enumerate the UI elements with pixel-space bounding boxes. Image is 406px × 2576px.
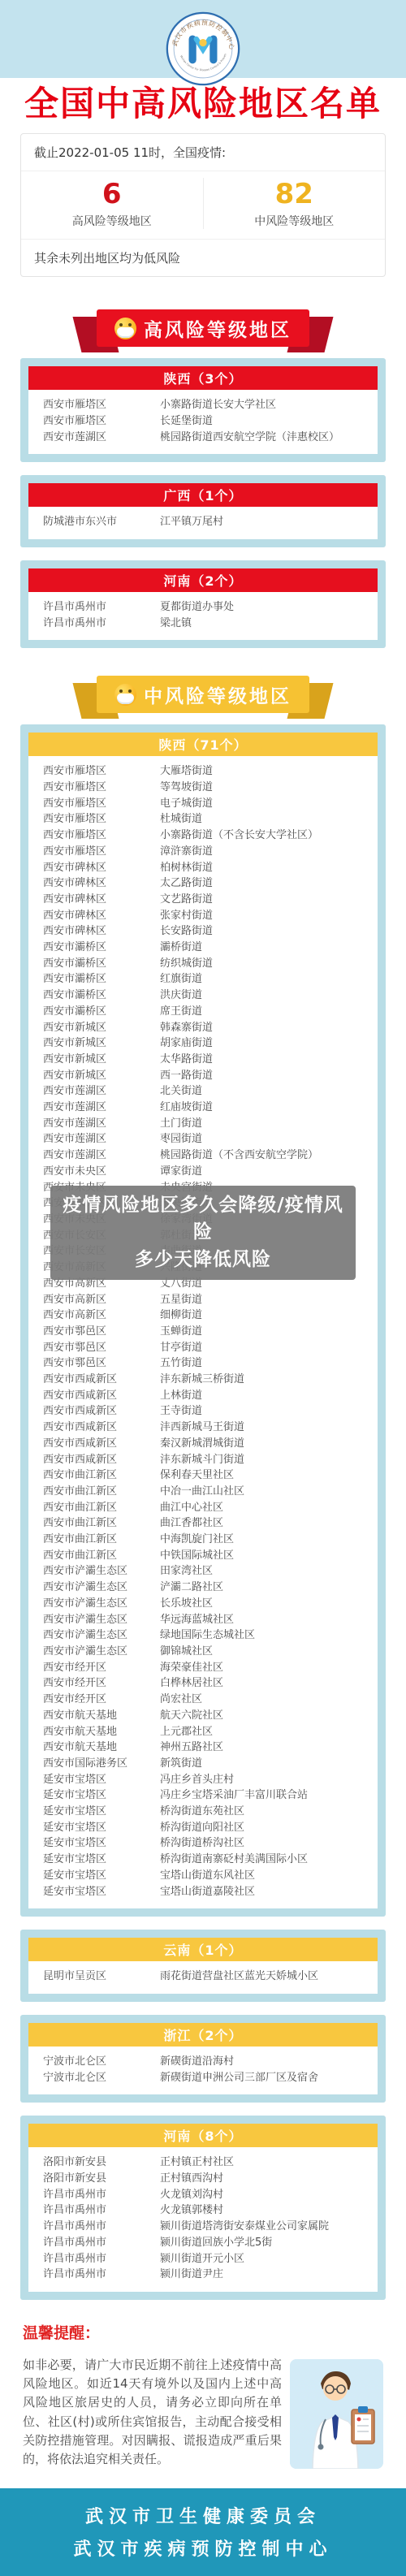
area-row: 延安市宝塔区 桥沟街道东苑社区 bbox=[28, 1804, 378, 1820]
place-cell: 宝塔山街道嘉陵社区 bbox=[160, 1884, 378, 1900]
place-cell: 桥沟街道东苑社区 bbox=[160, 1804, 378, 1820]
area-row: 延安市宝塔区 桥沟街道向阳社区 bbox=[28, 1820, 378, 1836]
section-panel: 云南（1个） 昆明市呈贡区 雨花街道营盘社区蓝光天娇城小区 bbox=[28, 1938, 378, 1994]
place-cell: 沣东新城斗门街道 bbox=[160, 1452, 378, 1468]
high-risk-section-guangxi: 广西（1个） 防城港市东兴市 江平镇万尾村 bbox=[20, 475, 386, 547]
area-row: 西安市雁塔区 小寨路街道长安大学社区 bbox=[28, 397, 378, 413]
place-cell: 颍川街道回族小学北5街 bbox=[160, 2235, 378, 2251]
area-row: 许昌市禹州市 颍川街道尹庄 bbox=[28, 2267, 378, 2283]
area-row: 西安市雁塔区 杜城街道 bbox=[28, 811, 378, 828]
district-cell: 西安市碑林区 bbox=[28, 860, 160, 876]
district-cell: 洛阳市新安县 bbox=[28, 2171, 160, 2187]
area-row: 西安市鄠邑区 五竹街道 bbox=[28, 1355, 378, 1372]
place-cell: 枣园街道 bbox=[160, 1131, 378, 1148]
mask-face-icon bbox=[114, 684, 136, 706]
district-cell: 西安市新城区 bbox=[28, 1020, 160, 1036]
area-row: 西安市灞桥区 红旗街道 bbox=[28, 971, 378, 988]
cdc-logo: 武汉市疾病预防控制中心 Wuhan Center For Disease Con… bbox=[166, 11, 240, 86]
place-cell: 航天六院社区 bbox=[160, 1708, 378, 1724]
area-row: 西安市新城区 韩森寨街道 bbox=[28, 1020, 378, 1036]
area-rows: 西安市雁塔区 大雁塔街道 西安市雁塔区 等驾坡街道 西安市雁塔区 电子城街道 bbox=[28, 756, 378, 1908]
district-cell: 防城港市东兴市 bbox=[28, 514, 160, 530]
place-cell: 浐灞二路社区 bbox=[160, 1580, 378, 1596]
place-cell: 桥沟街道桥沟社区 bbox=[160, 1835, 378, 1852]
place-cell: 海荣豪佳社区 bbox=[160, 1660, 378, 1676]
district-cell: 西安市西咸新区 bbox=[28, 1420, 160, 1436]
area-row: 西安市鄠邑区 玉蝉街道 bbox=[28, 1324, 378, 1340]
watermark-line-2: 多少天降低风险 bbox=[54, 1247, 352, 1273]
place-cell: 桥沟街道向阳社区 bbox=[160, 1820, 378, 1836]
district-cell: 西安市鄠邑区 bbox=[28, 1324, 160, 1340]
district-cell: 西安市曲江新区 bbox=[28, 1532, 160, 1548]
area-row: 西安市高新区 细柳街道 bbox=[28, 1307, 378, 1324]
medium-risk-section-zhejiang: 浙江（2个） 宁波市北仑区 新碶街道沿海村 宁波市北仑区 新碶街道申洲公司三部厂… bbox=[20, 2015, 386, 2103]
area-rows: 许昌市禹州市 夏都街道办事处 许昌市禹州市 梁北镇 bbox=[28, 592, 378, 640]
watermark-line-1: 疫情风险地区多久会降级/疫情风险 bbox=[54, 1192, 352, 1247]
place-cell: 张家村街道 bbox=[160, 908, 378, 924]
place-cell: 尚宏社区 bbox=[160, 1692, 378, 1708]
place-cell: 江平镇万尾村 bbox=[160, 514, 378, 530]
mask-face-icon bbox=[114, 318, 136, 339]
place-cell: 新碶街道申洲公司三部厂区及宿舍 bbox=[160, 2070, 378, 2086]
area-row: 防城港市东兴市 江平镇万尾村 bbox=[28, 514, 378, 530]
district-cell: 西安市航天基地 bbox=[28, 1740, 160, 1756]
place-cell: 西一路街道 bbox=[160, 1068, 378, 1084]
area-row: 西安市碑林区 柏树林街道 bbox=[28, 860, 378, 876]
district-cell: 西安市莲湖区 bbox=[28, 1083, 160, 1100]
area-rows: 洛阳市新安县 正村镇正村社区 洛阳市新安县 正村镇西沟村 许昌市禹州市 火龙镇刘… bbox=[28, 2147, 378, 2292]
place-cell: 五星街道 bbox=[160, 1292, 378, 1308]
place-cell: 土门街道 bbox=[160, 1116, 378, 1132]
place-cell: 细柳街道 bbox=[160, 1307, 378, 1324]
area-row: 洛阳市新安县 正村镇正村社区 bbox=[28, 2155, 378, 2171]
place-cell: 田家湾社区 bbox=[160, 1563, 378, 1580]
place-cell: 桃园路街道西安航空学院（沣惠校区） bbox=[160, 430, 378, 446]
district-cell: 西安市西咸新区 bbox=[28, 1403, 160, 1420]
section-panel: 河南（8个） 洛阳市新安县 正村镇正村社区 洛阳市新安县 正村镇西沟村 许昌市禹… bbox=[28, 2124, 378, 2292]
place-cell: 火龙镇刘沟村 bbox=[160, 2187, 378, 2203]
district-cell: 延安市宝塔区 bbox=[28, 1852, 160, 1868]
place-cell: 席王街道 bbox=[160, 1004, 378, 1020]
place-cell: 灞桥街道 bbox=[160, 940, 378, 956]
district-cell: 西安市经开区 bbox=[28, 1660, 160, 1676]
area-row: 西安市未央区 谭家街道 bbox=[28, 1164, 378, 1180]
district-cell: 昆明市呈贡区 bbox=[28, 1969, 160, 1985]
district-cell: 西安市碑林区 bbox=[28, 892, 160, 908]
district-cell: 西安市曲江新区 bbox=[28, 1484, 160, 1500]
place-cell: 漳浒寨街道 bbox=[160, 844, 378, 860]
place-cell: 北关街道 bbox=[160, 1083, 378, 1100]
place-cell: 宝塔山街道东风社区 bbox=[160, 1868, 378, 1884]
district-cell: 西安市新城区 bbox=[28, 1035, 160, 1052]
district-cell: 宁波市北仑区 bbox=[28, 2054, 160, 2070]
place-cell: 王寺街道 bbox=[160, 1403, 378, 1420]
place-cell: 长安路街道 bbox=[160, 923, 378, 940]
area-row: 西安市航天基地 航天六院社区 bbox=[28, 1708, 378, 1724]
area-row: 许昌市禹州市 颍川街道塔湾街安泰煤业公司家属院 bbox=[28, 2219, 378, 2235]
place-cell: 文艺路街道 bbox=[160, 892, 378, 908]
section-panel: 陕西（3个） 西安市雁塔区 小寨路街道长安大学社区 西安市雁塔区 长延堡街道 西… bbox=[28, 366, 378, 454]
area-rows: 昆明市呈贡区 雨花街道营盘社区蓝光天娇城小区 bbox=[28, 1961, 378, 1994]
area-row: 许昌市禹州市 火龙镇郭楼村 bbox=[28, 2202, 378, 2219]
high-risk-banner-text: 高风险等级地区 bbox=[144, 315, 292, 342]
area-row: 西安市碑林区 太乙路街道 bbox=[28, 875, 378, 892]
place-cell: 电子城街道 bbox=[160, 796, 378, 812]
district-cell: 西安市高新区 bbox=[28, 1307, 160, 1324]
district-cell: 西安市碑林区 bbox=[28, 908, 160, 924]
district-cell: 西安市雁塔区 bbox=[28, 844, 160, 860]
place-cell: 冯庄乡首头庄村 bbox=[160, 1772, 378, 1788]
epidemic-stats-card: 截止2022-01-05 11时，全国疫情: 6 高风险等级地区 82 中风险等… bbox=[20, 133, 386, 277]
place-cell: 太乙路街道 bbox=[160, 875, 378, 892]
area-rows: 西安市雁塔区 小寨路街道长安大学社区 西安市雁塔区 长延堡街道 西安市莲湖区 桃… bbox=[28, 390, 378, 454]
district-cell: 西安市西咸新区 bbox=[28, 1372, 160, 1388]
district-cell: 许昌市禹州市 bbox=[28, 2202, 160, 2219]
district-cell: 西安市莲湖区 bbox=[28, 430, 160, 446]
area-row: 西安市鄠邑区 甘亭街道 bbox=[28, 1340, 378, 1356]
district-cell: 西安市碑林区 bbox=[28, 875, 160, 892]
district-cell: 许昌市禹州市 bbox=[28, 616, 160, 632]
area-row: 宁波市北仑区 新碶街道申洲公司三部厂区及宿舍 bbox=[28, 2070, 378, 2086]
area-row: 延安市宝塔区 冯庄乡首头庄村 bbox=[28, 1772, 378, 1788]
district-cell: 西安市雁塔区 bbox=[28, 811, 160, 828]
area-rows: 宁波市北仑区 新碶街道沿海村 宁波市北仑区 新碶街道申洲公司三部厂区及宿舍 bbox=[28, 2047, 378, 2094]
medium-risk-label: 中风险等级地区 bbox=[204, 213, 386, 229]
place-cell: 绿地国际生态城社区 bbox=[160, 1627, 378, 1644]
area-row: 西安市碑林区 长安路街道 bbox=[28, 923, 378, 940]
place-cell: 胡家庙街道 bbox=[160, 1035, 378, 1052]
area-row: 西安市莲湖区 枣园街道 bbox=[28, 1131, 378, 1148]
area-row: 西安市莲湖区 红庙坡街道 bbox=[28, 1100, 378, 1116]
area-row: 西安市新城区 西一路街道 bbox=[28, 1068, 378, 1084]
district-cell: 许昌市禹州市 bbox=[28, 2235, 160, 2251]
place-cell: 颍川街道塔湾街安泰煤业公司家属院 bbox=[160, 2219, 378, 2235]
place-cell: 冯庄乡宝塔采油厂丰富川联合站 bbox=[160, 1787, 378, 1804]
place-cell: 桃园路街道（不含西安航空学院） bbox=[160, 1148, 378, 1164]
place-cell: 曲江中心社区 bbox=[160, 1500, 378, 1516]
area-row: 西安市经开区 尚宏社区 bbox=[28, 1692, 378, 1708]
province-header: 河南（2个） bbox=[28, 568, 378, 592]
place-cell: 颍川街道尹庄 bbox=[160, 2267, 378, 2283]
district-cell: 西安市雁塔区 bbox=[28, 763, 160, 780]
doctor-illustration bbox=[290, 2359, 383, 2469]
district-cell: 西安市西咸新区 bbox=[28, 1436, 160, 1452]
district-cell: 西安市雁塔区 bbox=[28, 828, 160, 844]
area-row: 西安市国际港务区 新筑街道 bbox=[28, 1756, 378, 1772]
area-row: 西安市西咸新区 上林街道 bbox=[28, 1388, 378, 1404]
district-cell: 许昌市禹州市 bbox=[28, 599, 160, 616]
place-cell: 雨花街道营盘社区蓝光天娇城小区 bbox=[160, 1969, 378, 1985]
area-row: 许昌市禹州市 颍川街道开元小区 bbox=[28, 2251, 378, 2267]
area-row: 洛阳市新安县 正村镇西沟村 bbox=[28, 2171, 378, 2187]
area-row: 西安市浐灞生态区 华远海蓝城社区 bbox=[28, 1612, 378, 1628]
district-cell: 西安市未央区 bbox=[28, 1164, 160, 1180]
stats-footnote: 其余未列出地区均为低风险 bbox=[21, 239, 385, 276]
place-cell: 太华路街道 bbox=[160, 1052, 378, 1068]
doctor-icon bbox=[290, 2359, 383, 2469]
district-cell: 西安市西咸新区 bbox=[28, 1388, 160, 1404]
district-cell: 西安市浐灞生态区 bbox=[28, 1612, 160, 1628]
district-cell: 延安市宝塔区 bbox=[28, 1787, 160, 1804]
medium-risk-count: 82 bbox=[204, 178, 386, 211]
place-cell: 沣东新城三桥街道 bbox=[160, 1372, 378, 1388]
area-row: 西安市莲湖区 北关街道 bbox=[28, 1083, 378, 1100]
district-cell: 西安市莲湖区 bbox=[28, 1131, 160, 1148]
district-cell: 西安市灞桥区 bbox=[28, 956, 160, 972]
place-cell: 纺织城街道 bbox=[160, 956, 378, 972]
high-risk-count: 6 bbox=[21, 178, 203, 211]
footer-band: 武汉市卫生健康委员会 武汉市疾病预防控制中心 bbox=[0, 2488, 406, 2576]
high-risk-label: 高风险等级地区 bbox=[21, 213, 203, 229]
high-risk-section-henan: 河南（2个） 许昌市禹州市 夏都街道办事处 许昌市禹州市 梁北镇 bbox=[20, 560, 386, 648]
area-row: 西安市新城区 胡家庙街道 bbox=[28, 1035, 378, 1052]
district-cell: 许昌市禹州市 bbox=[28, 2219, 160, 2235]
place-cell: 保利春天里社区 bbox=[160, 1467, 378, 1484]
area-rows: 防城港市东兴市 江平镇万尾村 bbox=[28, 507, 378, 539]
area-row: 西安市曲江新区 曲江香都社区 bbox=[28, 1515, 378, 1532]
place-cell: 白桦林居社区 bbox=[160, 1675, 378, 1692]
place-cell: 中冶一曲江山社区 bbox=[160, 1484, 378, 1500]
area-row: 西安市高新区 五星街道 bbox=[28, 1292, 378, 1308]
place-cell: 等驾坡街道 bbox=[160, 780, 378, 796]
district-cell: 西安市西咸新区 bbox=[28, 1452, 160, 1468]
area-row: 西安市西咸新区 沣东新城三桥街道 bbox=[28, 1372, 378, 1388]
place-cell: 御锦城社区 bbox=[160, 1644, 378, 1660]
area-row: 延安市宝塔区 宝塔山街道东风社区 bbox=[28, 1868, 378, 1884]
stats-as-of: 截止2022-01-05 11时，全国疫情: bbox=[21, 134, 385, 171]
area-row: 西安市灞桥区 席王街道 bbox=[28, 1004, 378, 1020]
province-header: 广西（1个） bbox=[28, 483, 378, 507]
place-cell: 曲江香都社区 bbox=[160, 1515, 378, 1532]
district-cell: 西安市浐灞生态区 bbox=[28, 1563, 160, 1580]
section-panel: 河南（2个） 许昌市禹州市 夏都街道办事处 许昌市禹州市 梁北镇 bbox=[28, 568, 378, 640]
area-row: 西安市雁塔区 小寨路街道（不含长安大学社区） bbox=[28, 828, 378, 844]
district-cell: 许昌市禹州市 bbox=[28, 2267, 160, 2283]
watermark-overlay: 疫情风险地区多久会降级/疫情风险 多少天降低风险 bbox=[50, 1186, 356, 1280]
area-row: 宁波市北仑区 新碶街道沿海村 bbox=[28, 2054, 378, 2070]
district-cell: 西安市浐灞生态区 bbox=[28, 1627, 160, 1644]
place-cell: 新筑街道 bbox=[160, 1756, 378, 1772]
reminder-block: 温馨提醒： 如非必要，请广大市民近期不 bbox=[23, 2321, 383, 2472]
district-cell: 西安市莲湖区 bbox=[28, 1148, 160, 1164]
district-cell: 西安市新城区 bbox=[28, 1068, 160, 1084]
area-row: 西安市雁塔区 长延堡街道 bbox=[28, 413, 378, 430]
place-cell: 中海凯旋门社区 bbox=[160, 1532, 378, 1548]
area-row: 西安市雁塔区 电子城街道 bbox=[28, 796, 378, 812]
area-row: 西安市曲江新区 中海凯旋门社区 bbox=[28, 1532, 378, 1548]
high-risk-banner: 高风险等级地区 bbox=[97, 309, 309, 347]
district-cell: 延安市宝塔区 bbox=[28, 1868, 160, 1884]
area-row: 西安市浐灞生态区 田家湾社区 bbox=[28, 1563, 378, 1580]
district-cell: 西安市国际港务区 bbox=[28, 1756, 160, 1772]
place-cell: 五竹街道 bbox=[160, 1355, 378, 1372]
area-row: 延安市宝塔区 宝塔山街道嘉陵社区 bbox=[28, 1884, 378, 1900]
area-row: 西安市莲湖区 桃园路街道（不含西安航空学院） bbox=[28, 1148, 378, 1164]
place-cell: 玉蝉街道 bbox=[160, 1324, 378, 1340]
medium-risk-banner: 中风险等级地区 bbox=[97, 676, 309, 713]
district-cell: 洛阳市新安县 bbox=[28, 2155, 160, 2171]
infographic-root: 武汉市疾病预防控制中心 Wuhan Center For Disease Con… bbox=[0, 0, 406, 2576]
district-cell: 延安市宝塔区 bbox=[28, 1804, 160, 1820]
area-row: 西安市西咸新区 沣西新城马王街道 bbox=[28, 1420, 378, 1436]
area-row: 西安市曲江新区 保利春天里社区 bbox=[28, 1467, 378, 1484]
stats-columns: 6 高风险等级地区 82 中风险等级地区 bbox=[21, 171, 385, 239]
area-row: 许昌市禹州市 梁北镇 bbox=[28, 616, 378, 632]
area-row: 西安市经开区 白桦林居社区 bbox=[28, 1675, 378, 1692]
district-cell: 西安市曲江新区 bbox=[28, 1548, 160, 1564]
area-row: 西安市浐灞生态区 御锦城社区 bbox=[28, 1644, 378, 1660]
area-row: 西安市灞桥区 洪庆街道 bbox=[28, 988, 378, 1004]
area-row: 延安市宝塔区 桥沟街道南寨砭村美满国际小区 bbox=[28, 1852, 378, 1868]
district-cell: 西安市雁塔区 bbox=[28, 796, 160, 812]
area-row: 许昌市禹州市 火龙镇刘沟村 bbox=[28, 2187, 378, 2203]
area-row: 西安市碑林区 张家村街道 bbox=[28, 908, 378, 924]
reminder-heading: 温馨提醒： bbox=[23, 2321, 383, 2343]
section-panel: 浙江（2个） 宁波市北仑区 新碶街道沿海村 宁波市北仑区 新碶街道申洲公司三部厂… bbox=[28, 2023, 378, 2094]
district-cell: 西安市曲江新区 bbox=[28, 1467, 160, 1484]
area-row: 西安市浐灞生态区 绿地国际生态城社区 bbox=[28, 1627, 378, 1644]
district-cell: 西安市浐灞生态区 bbox=[28, 1596, 160, 1612]
place-cell: 红旗街道 bbox=[160, 971, 378, 988]
place-cell: 正村镇正村社区 bbox=[160, 2155, 378, 2171]
place-cell: 长延堡街道 bbox=[160, 413, 378, 430]
area-row: 西安市新城区 太华路街道 bbox=[28, 1052, 378, 1068]
place-cell: 新碶街道沿海村 bbox=[160, 2054, 378, 2070]
area-row: 西安市曲江新区 中冶一曲江山社区 bbox=[28, 1484, 378, 1500]
area-row: 西安市莲湖区 桃园路街道西安航空学院（沣惠校区） bbox=[28, 430, 378, 446]
place-cell: 柏树林街道 bbox=[160, 860, 378, 876]
district-cell: 西安市航天基地 bbox=[28, 1708, 160, 1724]
area-row: 西安市浐灞生态区 浐灞二路社区 bbox=[28, 1580, 378, 1596]
section-panel: 广西（1个） 防城港市东兴市 江平镇万尾村 bbox=[28, 483, 378, 539]
district-cell: 西安市新城区 bbox=[28, 1052, 160, 1068]
district-cell: 延安市宝塔区 bbox=[28, 1835, 160, 1852]
province-header: 河南（8个） bbox=[28, 2124, 378, 2147]
medium-risk-section-shaanxi: 陕西（71个） 西安市雁塔区 大雁塔街道 西安市雁塔区 等驾坡街道 西安市雁塔区 bbox=[20, 724, 386, 1917]
place-cell: 秦汉新城渭城街道 bbox=[160, 1436, 378, 1452]
district-cell: 西安市灞桥区 bbox=[28, 1004, 160, 1020]
area-row: 西安市浐灞生态区 长乐坡社区 bbox=[28, 1596, 378, 1612]
area-row: 西安市西咸新区 王寺街道 bbox=[28, 1403, 378, 1420]
area-row: 延安市宝塔区 冯庄乡宝塔采油厂丰富川联合站 bbox=[28, 1787, 378, 1804]
area-row: 西安市雁塔区 大雁塔街道 bbox=[28, 763, 378, 780]
place-cell: 夏都街道办事处 bbox=[160, 599, 378, 616]
area-row: 许昌市禹州市 夏都街道办事处 bbox=[28, 599, 378, 616]
district-cell: 西安市高新区 bbox=[28, 1292, 160, 1308]
place-cell: 神州五路社区 bbox=[160, 1740, 378, 1756]
area-row: 西安市经开区 海荣豪佳社区 bbox=[28, 1660, 378, 1676]
place-cell: 小寨路街道（不含长安大学社区） bbox=[160, 828, 378, 844]
place-cell: 中铁国际城社区 bbox=[160, 1548, 378, 1564]
place-cell: 谭家街道 bbox=[160, 1164, 378, 1180]
district-cell: 西安市鄠邑区 bbox=[28, 1340, 160, 1356]
place-cell: 颍川街道开元小区 bbox=[160, 2251, 378, 2267]
district-cell: 西安市经开区 bbox=[28, 1692, 160, 1708]
medium-risk-section-yunnan: 云南（1个） 昆明市呈贡区 雨花街道营盘社区蓝光天娇城小区 bbox=[20, 1930, 386, 2002]
place-cell: 正村镇西沟村 bbox=[160, 2171, 378, 2187]
district-cell: 西安市曲江新区 bbox=[28, 1515, 160, 1532]
page-title: 全国中高风险地区名单 bbox=[8, 84, 398, 123]
district-cell: 西安市曲江新区 bbox=[28, 1500, 160, 1516]
medium-risk-stat: 82 中风险等级地区 bbox=[204, 178, 386, 229]
area-row: 西安市航天基地 神州五路社区 bbox=[28, 1740, 378, 1756]
area-row: 西安市雁塔区 漳浒寨街道 bbox=[28, 844, 378, 860]
district-cell: 延安市宝塔区 bbox=[28, 1772, 160, 1788]
area-row: 昆明市呈贡区 雨花街道营盘社区蓝光天娇城小区 bbox=[28, 1969, 378, 1985]
district-cell: 西安市雁塔区 bbox=[28, 780, 160, 796]
place-cell: 华远海蓝城社区 bbox=[160, 1612, 378, 1628]
medium-risk-banner-text: 中风险等级地区 bbox=[144, 681, 292, 708]
area-row: 西安市碑林区 文艺路街道 bbox=[28, 892, 378, 908]
province-header: 陕西（3个） bbox=[28, 366, 378, 390]
district-cell: 西安市碑林区 bbox=[28, 923, 160, 940]
place-cell: 大雁塔街道 bbox=[160, 763, 378, 780]
district-cell: 延安市宝塔区 bbox=[28, 1884, 160, 1900]
area-row: 西安市灞桥区 纺织城街道 bbox=[28, 956, 378, 972]
place-cell: 杜城街道 bbox=[160, 811, 378, 828]
area-row: 西安市西咸新区 秦汉新城渭城街道 bbox=[28, 1436, 378, 1452]
province-header: 陕西（71个） bbox=[28, 733, 378, 756]
place-cell: 上元郡社区 bbox=[160, 1724, 378, 1740]
place-cell: 甘亭街道 bbox=[160, 1340, 378, 1356]
area-row: 西安市灞桥区 灞桥街道 bbox=[28, 940, 378, 956]
district-cell: 西安市鄠邑区 bbox=[28, 1355, 160, 1372]
place-cell: 小寨路街道长安大学社区 bbox=[160, 397, 378, 413]
high-risk-stat: 6 高风险等级地区 bbox=[21, 178, 203, 229]
medium-risk-section-henan: 河南（8个） 洛阳市新安县 正村镇正村社区 洛阳市新安县 正村镇西沟村 许昌市禹… bbox=[20, 2116, 386, 2300]
district-cell: 许昌市禹州市 bbox=[28, 2187, 160, 2203]
province-header: 浙江（2个） bbox=[28, 2023, 378, 2047]
district-cell: 西安市雁塔区 bbox=[28, 413, 160, 430]
area-row: 许昌市禹州市 颍川街道回族小学北5街 bbox=[28, 2235, 378, 2251]
area-row: 西安市莲湖区 土门街道 bbox=[28, 1116, 378, 1132]
district-cell: 西安市经开区 bbox=[28, 1675, 160, 1692]
area-row: 西安市航天基地 上元郡社区 bbox=[28, 1724, 378, 1740]
place-cell: 桥沟街道南寨砭村美满国际小区 bbox=[160, 1852, 378, 1868]
place-cell: 洪庆街道 bbox=[160, 988, 378, 1004]
district-cell: 西安市莲湖区 bbox=[28, 1100, 160, 1116]
district-cell: 西安市灞桥区 bbox=[28, 988, 160, 1004]
district-cell: 西安市莲湖区 bbox=[28, 1116, 160, 1132]
high-risk-section-shaanxi: 陕西（3个） 西安市雁塔区 小寨路街道长安大学社区 西安市雁塔区 长延堡街道 西… bbox=[20, 358, 386, 462]
place-cell: 红庙坡街道 bbox=[160, 1100, 378, 1116]
district-cell: 许昌市禹州市 bbox=[28, 2251, 160, 2267]
area-row: 西安市曲江新区 曲江中心社区 bbox=[28, 1500, 378, 1516]
area-row: 西安市曲江新区 中铁国际城社区 bbox=[28, 1548, 378, 1564]
cdc-logo-icon: 武汉市疾病预防控制中心 Wuhan Center For Disease Con… bbox=[166, 11, 240, 86]
area-row: 西安市雁塔区 等驾坡街道 bbox=[28, 780, 378, 796]
district-cell: 西安市浐灞生态区 bbox=[28, 1580, 160, 1596]
place-cell: 梁北镇 bbox=[160, 616, 378, 632]
footer-org-2: 武汉市疾病预防控制中心 bbox=[73, 2535, 332, 2561]
footer-org-1: 武汉市卫生健康委员会 bbox=[85, 2503, 321, 2528]
district-cell: 西安市浐灞生态区 bbox=[28, 1644, 160, 1660]
area-row: 延安市宝塔区 桥沟街道桥沟社区 bbox=[28, 1835, 378, 1852]
place-cell: 韩森寨街道 bbox=[160, 1020, 378, 1036]
province-header: 云南（1个） bbox=[28, 1938, 378, 1961]
place-cell: 火龙镇郭楼村 bbox=[160, 2202, 378, 2219]
district-cell: 宁波市北仑区 bbox=[28, 2070, 160, 2086]
district-cell: 西安市灞桥区 bbox=[28, 940, 160, 956]
place-cell: 长乐坡社区 bbox=[160, 1596, 378, 1612]
section-panel: 陕西（71个） 西安市雁塔区 大雁塔街道 西安市雁塔区 等驾坡街道 西安市雁塔区 bbox=[28, 733, 378, 1908]
district-cell: 西安市雁塔区 bbox=[28, 397, 160, 413]
district-cell: 延安市宝塔区 bbox=[28, 1820, 160, 1836]
place-cell: 沣西新城马王街道 bbox=[160, 1420, 378, 1436]
district-cell: 西安市航天基地 bbox=[28, 1724, 160, 1740]
district-cell: 西安市灞桥区 bbox=[28, 971, 160, 988]
place-cell: 上林街道 bbox=[160, 1388, 378, 1404]
